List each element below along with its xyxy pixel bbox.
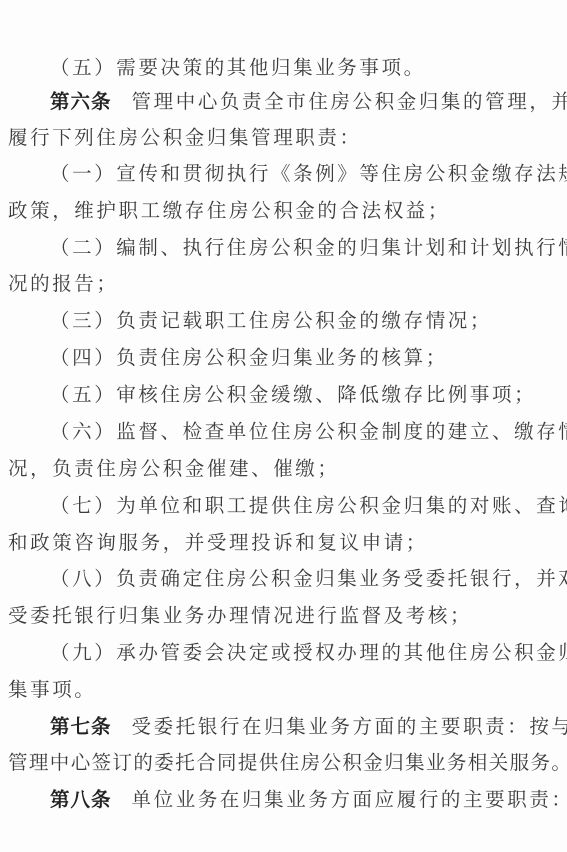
item-5-decision-matters: （五）需要决策的其他归集业务事项。 — [50, 56, 567, 80]
article-6-continuation: 履行下列住房公积金归集管理职责： — [8, 126, 560, 150]
article-7-heading-line: 第七条受委托银行在归集业务方面的主要职责：按与 — [50, 715, 567, 739]
duty-1-line-1: （一）宣传和贯彻执行《条例》等住房公积金缴存法规 — [50, 162, 567, 186]
article-7-continuation: 管理中心签订的委托合同提供住房公积金归集业务相关服务。 — [8, 751, 560, 775]
duty-2-line-1: （二）编制、执行住房公积金的归集计划和计划执行情 — [50, 236, 567, 260]
duty-4: （四）负责住房公积金归集业务的核算； — [50, 346, 567, 370]
duty-6-line-1: （六）监督、检查单位住房公积金制度的建立、缴存情 — [50, 420, 567, 444]
document-page: （五）需要决策的其他归集业务事项。 第六条管理中心负责全市住房公积金归集的管理，… — [0, 0, 567, 852]
duty-9-line-2: 集事项。 — [8, 678, 560, 702]
article-label: 第七条 — [50, 715, 112, 738]
article-label: 第八条 — [50, 788, 112, 811]
duty-9-line-1: （九）承办管委会决定或授权办理的其他住房公积金归 — [50, 641, 567, 665]
duty-2-line-2: 况的报告； — [8, 272, 560, 296]
article-8-heading-line: 第八条单位业务在归集业务方面应履行的主要职责： — [50, 788, 567, 812]
duty-3: （三）负责记载职工住房公积金的缴存情况； — [50, 309, 567, 333]
article-text: 受委托银行在归集业务方面的主要职责：按与 — [132, 715, 567, 738]
article-text: 单位业务在归集业务方面应履行的主要职责： — [132, 788, 567, 811]
article-label: 第六条 — [50, 90, 112, 113]
duty-1-line-2: 政策，维护职工缴存住房公积金的合法权益； — [8, 199, 560, 223]
duty-8-line-2: 受委托银行归集业务办理情况进行监督及考核； — [8, 604, 560, 628]
duty-6-line-2: 况，负责住房公积金催建、催缴； — [8, 457, 560, 481]
article-text: 管理中心负责全市住房公积金归集的管理，并 — [132, 90, 567, 113]
duty-8-line-1: （八）负责确定住房公积金归集业务受委托银行，并对 — [50, 567, 567, 591]
article-6-heading-line: 第六条管理中心负责全市住房公积金归集的管理，并 — [50, 90, 567, 114]
duty-5: （五）审核住房公积金缓缴、降低缴存比例事项； — [50, 383, 567, 407]
duty-7-line-2: 和政策咨询服务，并受理投诉和复议申请； — [8, 531, 560, 555]
duty-7-line-1: （七）为单位和职工提供住房公积金归集的对账、查询 — [50, 494, 567, 518]
